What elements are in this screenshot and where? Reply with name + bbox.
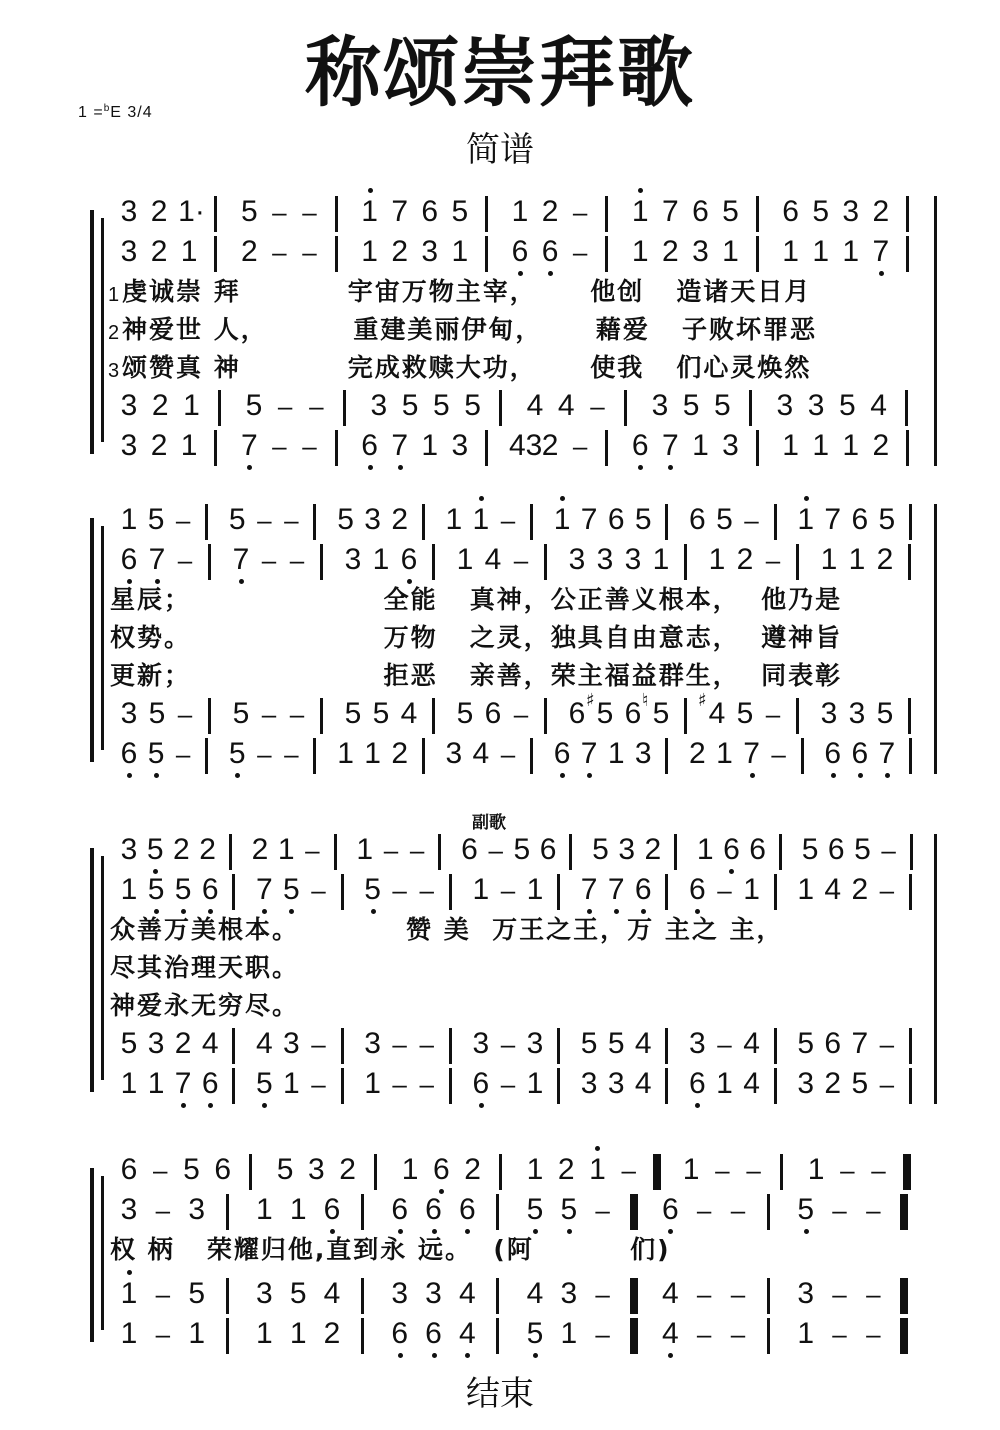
barline: [665, 504, 668, 540]
barline: [361, 1194, 364, 1230]
note: 2: [337, 1150, 359, 1190]
note: 7: [659, 192, 681, 232]
note: 6: [822, 1024, 844, 1064]
note: 1: [818, 540, 840, 580]
note: 5: [462, 386, 484, 426]
note: 4: [555, 386, 577, 426]
note: 3: [253, 1274, 275, 1314]
dash: –: [876, 870, 898, 910]
note: 1: [118, 870, 140, 910]
dash: –: [862, 1314, 884, 1354]
note: 5: [274, 1150, 296, 1190]
dash: –: [510, 540, 532, 580]
note: 2: [389, 500, 411, 540]
barline: [906, 430, 909, 466]
voice-row-tenor: 3215––355544–3553354: [0, 386, 1000, 426]
note: 7: [659, 426, 681, 466]
dash: –: [298, 192, 320, 232]
note: 1: [846, 540, 868, 580]
note: 6: [423, 1314, 445, 1354]
note: 1: [524, 870, 546, 910]
dash: –: [713, 1024, 735, 1064]
note: 2: [389, 734, 411, 774]
note: 6: [470, 1064, 492, 1104]
dash: –: [485, 830, 507, 870]
note: 1: [795, 500, 817, 540]
voice-row-bass: 1–111266451–4––1––: [0, 1314, 1000, 1354]
note: 1: [419, 426, 441, 466]
dash: –: [172, 500, 194, 540]
note: 2: [849, 870, 871, 910]
note: 1: [629, 232, 651, 272]
note: 6: [566, 694, 588, 734]
verse-number: 3: [108, 360, 119, 383]
barline: [908, 544, 911, 580]
voice-row-alto: 67–7––31614–333112–112: [0, 540, 1000, 580]
note: 1: [253, 1314, 275, 1354]
barline: [530, 738, 533, 774]
note: 4: [659, 1314, 681, 1354]
dash: –: [497, 870, 519, 910]
dash: –: [258, 540, 280, 580]
note: 6: [199, 870, 221, 910]
barline: [544, 698, 547, 734]
note: 1: [145, 1064, 167, 1104]
note: 6: [509, 232, 531, 272]
note: 5: [243, 386, 265, 426]
note: 5: [876, 500, 898, 540]
barline: [341, 1028, 344, 1064]
dash: –: [301, 830, 323, 870]
note: 5: [650, 694, 672, 734]
note: 1: [178, 426, 200, 466]
barline: [232, 874, 235, 910]
barline: [909, 738, 912, 774]
dash: –: [253, 500, 275, 540]
dash: –: [693, 1190, 715, 1230]
barline: [232, 1028, 235, 1064]
barline: [208, 544, 211, 580]
dash: –: [693, 1314, 715, 1354]
note: 7: [230, 540, 252, 580]
note: 2: [870, 192, 892, 232]
dash: –: [280, 734, 302, 774]
voice-row-bass: 3217––6713432–67131112: [0, 426, 1000, 466]
double-barline: [900, 1318, 908, 1354]
barline: [909, 874, 912, 910]
note: 1: [275, 830, 297, 870]
barline: [438, 834, 441, 870]
note: 1: [524, 1064, 546, 1104]
barline: [796, 544, 799, 580]
note: 3: [118, 1190, 140, 1230]
note: 1: [359, 192, 381, 232]
barline: [214, 236, 217, 272]
note: 3: [368, 386, 390, 426]
note: 3: [449, 426, 471, 466]
note: 3: [805, 386, 827, 426]
dash: –: [829, 1314, 851, 1354]
note: 1: [586, 1150, 608, 1190]
note: 1: [810, 426, 832, 466]
dash: –: [172, 734, 194, 774]
note: 5: [430, 386, 452, 426]
note: 3: [118, 386, 140, 426]
note: 4: [321, 1274, 343, 1314]
dash: –: [836, 1150, 858, 1190]
barline: [449, 1028, 452, 1064]
note: 5: [449, 192, 471, 232]
dash: –: [868, 1150, 890, 1190]
dash: –: [876, 1024, 898, 1064]
note: 5: [118, 1024, 140, 1064]
dash: –: [305, 386, 327, 426]
note: 3: [419, 232, 441, 272]
note: 2: [659, 232, 681, 272]
note: 2: [642, 830, 664, 870]
note: 3: [362, 1024, 384, 1064]
note: 3: [186, 1190, 208, 1230]
note: 7: [849, 1024, 871, 1064]
note: 7: [822, 500, 844, 540]
barline: [544, 544, 547, 580]
barline: [684, 698, 687, 734]
note: 5: [558, 1190, 580, 1230]
barline: [341, 1068, 344, 1104]
barline: [485, 196, 488, 232]
note: 3: [686, 1024, 708, 1064]
song-title: 称颂崇拜歌: [0, 28, 1000, 118]
dash: –: [727, 1314, 749, 1354]
voice-row-bass: 65–5––11234–6713217–667: [0, 734, 1000, 774]
note: 1: [470, 870, 492, 910]
chorus-label: 副歌: [472, 808, 506, 833]
note: 1: [359, 232, 381, 272]
barline: [624, 390, 627, 426]
dash: –: [497, 734, 519, 774]
dash: –: [618, 1150, 640, 1190]
note: 7: [578, 500, 600, 540]
dash: –: [268, 232, 290, 272]
barline: [909, 504, 912, 540]
note: 1: [629, 192, 651, 232]
note: 3: [795, 1274, 817, 1314]
note: 1: [805, 1150, 827, 1190]
lyric-line-verse-1: 星辰； 全能 真神，公正善义根本， 他乃是: [110, 582, 842, 618]
voice-row-soprano: 352221–1––6–56532166565–: [0, 830, 1000, 870]
note: 6: [686, 870, 708, 910]
note: 3: [118, 192, 140, 232]
note: 4: [253, 1024, 275, 1064]
lyric-line-verse-2: 权势。 万物 之灵，独具自由意志， 遵神旨: [110, 620, 842, 656]
double-barline: [630, 1278, 638, 1314]
barline: [909, 1028, 912, 1064]
barline: [320, 698, 323, 734]
dash: –: [727, 1190, 749, 1230]
note: 4: [741, 1064, 763, 1104]
barline: [232, 1068, 235, 1104]
dash: –: [268, 192, 290, 232]
barline: [530, 504, 533, 540]
note: 2: [389, 232, 411, 272]
note: 6: [539, 232, 561, 272]
barline: [226, 1318, 229, 1354]
barline: [496, 1194, 499, 1230]
barline: [674, 834, 677, 870]
barline: [557, 1028, 560, 1064]
note: 3: [524, 1024, 546, 1064]
note: 1: [706, 540, 728, 580]
note: 1: [118, 1314, 140, 1354]
note: 4: [822, 870, 844, 910]
dash: –: [713, 870, 735, 910]
voice-row-soprano: 15–5––53211–176565–1765: [0, 500, 1000, 540]
barline: [496, 1318, 499, 1354]
note: 5: [524, 1190, 546, 1230]
note: 5: [524, 1314, 546, 1354]
note: 6: [118, 1150, 140, 1190]
barline: [774, 504, 777, 540]
note: 6: [212, 1150, 234, 1190]
barline: [684, 544, 687, 580]
barline: [605, 430, 608, 466]
note: 1: [605, 734, 627, 774]
dash: –: [307, 1064, 329, 1104]
note: 6: [780, 192, 802, 232]
barline: [801, 738, 804, 774]
dash: –: [592, 1314, 614, 1354]
dash: –: [268, 426, 290, 466]
note: 6: [747, 830, 769, 870]
note: 1: [449, 232, 471, 272]
barline: [756, 430, 759, 466]
note: 6: [423, 1190, 445, 1230]
note: 5: [253, 1064, 275, 1104]
dash: –: [152, 1190, 174, 1230]
note: 2: [249, 830, 271, 870]
note: 3: [840, 192, 862, 232]
barline: [218, 390, 221, 426]
note: 6: [849, 500, 871, 540]
note: 5: [145, 734, 167, 774]
dash: –: [862, 1190, 884, 1230]
barline: [335, 196, 338, 232]
note: 5: [589, 830, 611, 870]
note: 5: [370, 694, 392, 734]
note: 2: [539, 426, 561, 466]
note: 6: [632, 870, 654, 910]
note: 6: [825, 830, 847, 870]
note: 4: [868, 386, 890, 426]
barline: [774, 874, 777, 910]
dash: –: [389, 870, 411, 910]
note: 3: [305, 1150, 327, 1190]
barline: [779, 834, 782, 870]
note: 1: [118, 1064, 140, 1104]
barline: [499, 1154, 502, 1190]
dash: –: [416, 1024, 438, 1064]
voice-row-tenor: 1–535433443–4––3––: [0, 1274, 1000, 1314]
barline: [767, 1318, 770, 1354]
note: 1: [795, 1314, 817, 1354]
note: 5: [399, 386, 421, 426]
note: 6: [686, 500, 708, 540]
barline: [335, 430, 338, 466]
note: 1: [713, 1064, 735, 1104]
dash: –: [878, 830, 900, 870]
note: 3: [558, 1274, 580, 1314]
barline: [796, 698, 799, 734]
note: 5: [145, 500, 167, 540]
dash: –: [762, 540, 784, 580]
barline: [665, 1028, 668, 1064]
dash: –: [286, 540, 308, 580]
note: 3: [389, 1274, 411, 1314]
barline: [756, 236, 759, 272]
barline: [557, 874, 560, 910]
note: 6: [389, 1314, 411, 1354]
note: 6: [419, 192, 441, 232]
note: 2: [686, 734, 708, 774]
note: 1: [694, 830, 716, 870]
note: 5: [632, 500, 654, 540]
dash: –: [416, 1064, 438, 1104]
note: 3: [362, 500, 384, 540]
note: 6: [459, 830, 481, 870]
barline: [909, 1068, 912, 1104]
note: 5: [680, 386, 702, 426]
dash: –: [174, 540, 196, 580]
note: 1: [509, 192, 531, 232]
note: 1: [470, 500, 492, 540]
lyric-line-verse-3: 神爱永无穷尽。: [110, 988, 299, 1024]
note: 3: [632, 734, 654, 774]
note: 1: [399, 1150, 421, 1190]
note: 43: [509, 426, 531, 466]
note: 1: [370, 540, 392, 580]
dash: –: [406, 830, 428, 870]
note: 3: [423, 1274, 445, 1314]
dash: –: [286, 694, 308, 734]
note: 3: [774, 386, 796, 426]
note: 6: [118, 734, 140, 774]
barline: [374, 1154, 377, 1190]
note: 1: [558, 1314, 580, 1354]
note: 2: [197, 830, 219, 870]
barline: [605, 196, 608, 232]
note: 5: [144, 830, 166, 870]
barline: [485, 236, 488, 272]
note: 1: [650, 540, 672, 580]
double-barline: [653, 1154, 661, 1190]
note: 5: [849, 1064, 871, 1104]
note: 6: [199, 1064, 221, 1104]
barline: [361, 1318, 364, 1354]
barline: [749, 390, 752, 426]
system-end-barline: [934, 196, 937, 466]
note: 2: [321, 1314, 343, 1354]
note: 6: [659, 1190, 681, 1230]
barline: [665, 738, 668, 774]
note: 4: [706, 694, 728, 734]
voice-row-tenor: 532443–3––3–35543–4567–: [0, 1024, 1000, 1064]
barline: [341, 874, 344, 910]
dash: –: [862, 1274, 884, 1314]
barline: [226, 1194, 229, 1230]
note: 4: [456, 1314, 478, 1354]
note: 7: [870, 232, 892, 272]
note: 2: [734, 540, 756, 580]
barline: [229, 834, 232, 870]
barline: [205, 738, 208, 774]
note: 5: [734, 694, 756, 734]
dash: –: [380, 830, 402, 870]
note: 1: [780, 426, 802, 466]
note: 5: [186, 1274, 208, 1314]
note: 6: [605, 500, 627, 540]
note: 1: [551, 500, 573, 540]
dash: –: [152, 1314, 174, 1354]
barline: [432, 544, 435, 580]
dash: –: [298, 232, 320, 272]
note: 1: [719, 232, 741, 272]
note: 6: [720, 830, 742, 870]
note: 3: [719, 426, 741, 466]
note: 4: [456, 1274, 478, 1314]
barline: [343, 390, 346, 426]
note: 6: [686, 1064, 708, 1104]
note: 5: [342, 694, 364, 734]
barline: [499, 390, 502, 426]
note: 5: [362, 870, 384, 910]
note: 4: [632, 1064, 654, 1104]
dash: –: [592, 1274, 614, 1314]
note: 1: [118, 500, 140, 540]
barline: [226, 1278, 229, 1314]
verse-number: 1: [108, 284, 119, 307]
dash: –: [174, 694, 196, 734]
note: 5: [180, 1150, 202, 1190]
lyric-line-verse-3: 颂赞真 神 完成救赎大功， 使我 们心灵焕然: [122, 350, 811, 386]
note: 5: [511, 830, 533, 870]
note: 3: [118, 830, 140, 870]
note: 2: [170, 830, 192, 870]
note: 6: [430, 1150, 452, 1190]
note: 1: [335, 734, 357, 774]
voice-row-soprano: 321·5––176512–17656532: [0, 192, 1000, 232]
barline: [906, 236, 909, 272]
barline: [780, 1154, 783, 1190]
dash: –: [569, 192, 591, 232]
note: 3: [605, 1064, 627, 1104]
note: 1: [524, 1150, 546, 1190]
dash: –: [307, 870, 329, 910]
dash: –: [389, 1064, 411, 1104]
note: 7: [389, 426, 411, 466]
note: 4: [524, 386, 546, 426]
note: 2: [172, 1024, 194, 1064]
note: 5: [810, 192, 832, 232]
barline: [313, 504, 316, 540]
note: 1: [178, 232, 200, 272]
note: 3: [566, 540, 588, 580]
note: 1: [840, 426, 862, 466]
barline: [214, 196, 217, 232]
note: 2: [555, 1150, 577, 1190]
dash: –: [569, 232, 591, 272]
note: 3: [622, 540, 644, 580]
barline: [767, 1194, 770, 1230]
